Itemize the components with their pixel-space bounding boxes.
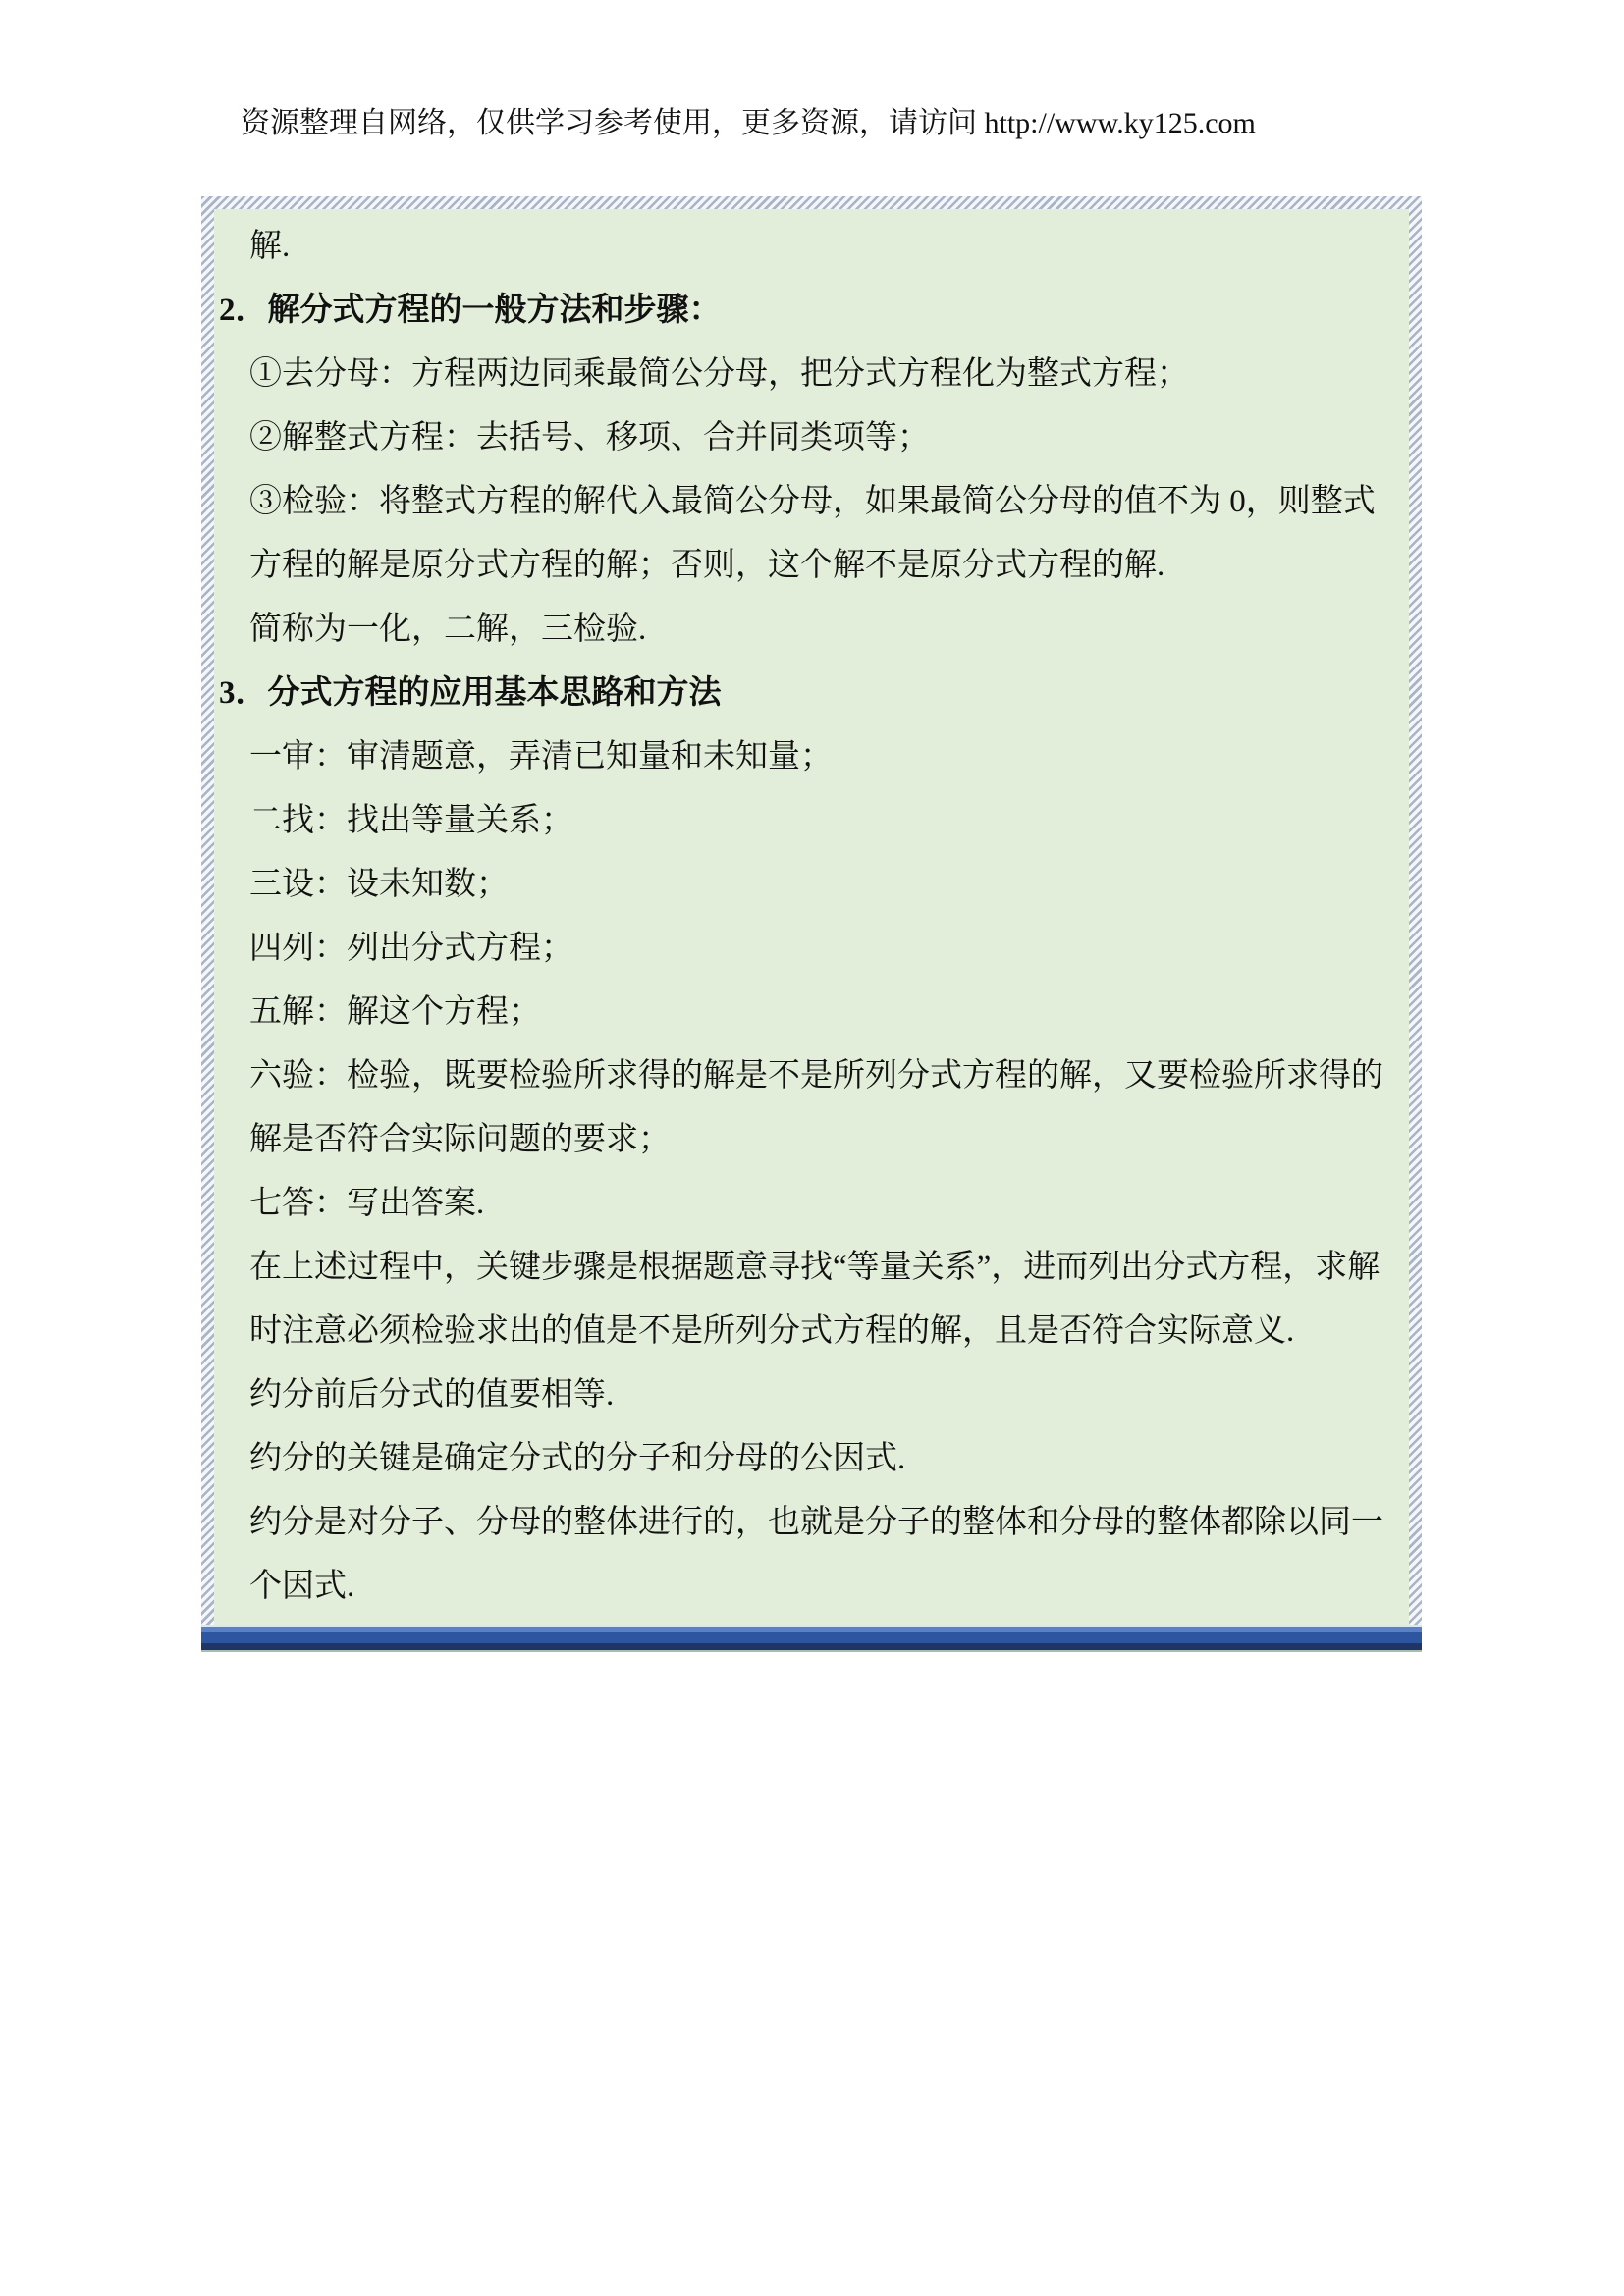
text-line: 一审：审清题意，弄清已知量和未知量； (214, 725, 1409, 789)
text-line: ③检验：将整式方程的解代入最简公分母，如果最简公分母的值不为 0，则整式 (214, 470, 1409, 534)
hatched-border: 解.2．解分式方程的一般方法和步骤：①去分母：方程两边同乘最简公分母，把分式方程… (201, 196, 1422, 1625)
text-line: 五解：解这个方程； (214, 981, 1409, 1044)
notes-text-block: 解.2．解分式方程的一般方法和步骤：①去分母：方程两边同乘最简公分母，把分式方程… (214, 209, 1409, 1625)
text-line: 2．解分式方程的一般方法和步骤： (214, 279, 1409, 343)
document-page: 资源整理自网络，仅供学习参考使用，更多资源，请访问 http://www.ky1… (0, 0, 1624, 2296)
text-line: 解. (214, 215, 1409, 279)
text-line: 约分前后分式的值要相等. (214, 1363, 1409, 1427)
bottom-blue-bar (201, 1625, 1422, 1652)
text-line: 七答：写出答案. (214, 1172, 1409, 1236)
content-box: 解.2．解分式方程的一般方法和步骤：①去分母：方程两边同乘最简公分母，把分式方程… (201, 196, 1422, 1652)
text-line: 简称为一化，二解，三检验. (214, 598, 1409, 662)
text-line: 约分的关键是确定分式的分子和分母的公因式. (214, 1427, 1409, 1491)
text-line: 个因式. (214, 1555, 1409, 1619)
text-line: 四列：列出分式方程； (214, 917, 1409, 981)
text-line: 三设：设未知数； (214, 853, 1409, 917)
text-line: 在上述过程中，关键步骤是根据题意寻找“等量关系”，进而列出分式方程，求解 (214, 1236, 1409, 1300)
source-notice: 资源整理自网络，仅供学习参考使用，更多资源，请访问 http://www.ky1… (241, 101, 1256, 145)
text-line: 解是否符合实际问题的要求； (214, 1108, 1409, 1172)
text-line: 六验：检验，既要检验所求得的解是不是所列分式方程的解，又要检验所求得的 (214, 1044, 1409, 1108)
text-line: 3．分式方程的应用基本思路和方法 (214, 662, 1409, 725)
text-line: 约分是对分子、分母的整体进行的，也就是分子的整体和分母的整体都除以同一 (214, 1491, 1409, 1555)
text-line: 二找：找出等量关系； (214, 789, 1409, 853)
text-line: 方程的解是原分式方程的解；否则，这个解不是原分式方程的解. (214, 534, 1409, 598)
text-line: ①去分母：方程两边同乘最简公分母，把分式方程化为整式方程； (214, 343, 1409, 406)
text-line: 时注意必须检验求出的值是不是所列分式方程的解，且是否符合实际意义. (214, 1300, 1409, 1363)
text-line: ②解整式方程：去括号、移项、合并同类项等； (214, 406, 1409, 470)
